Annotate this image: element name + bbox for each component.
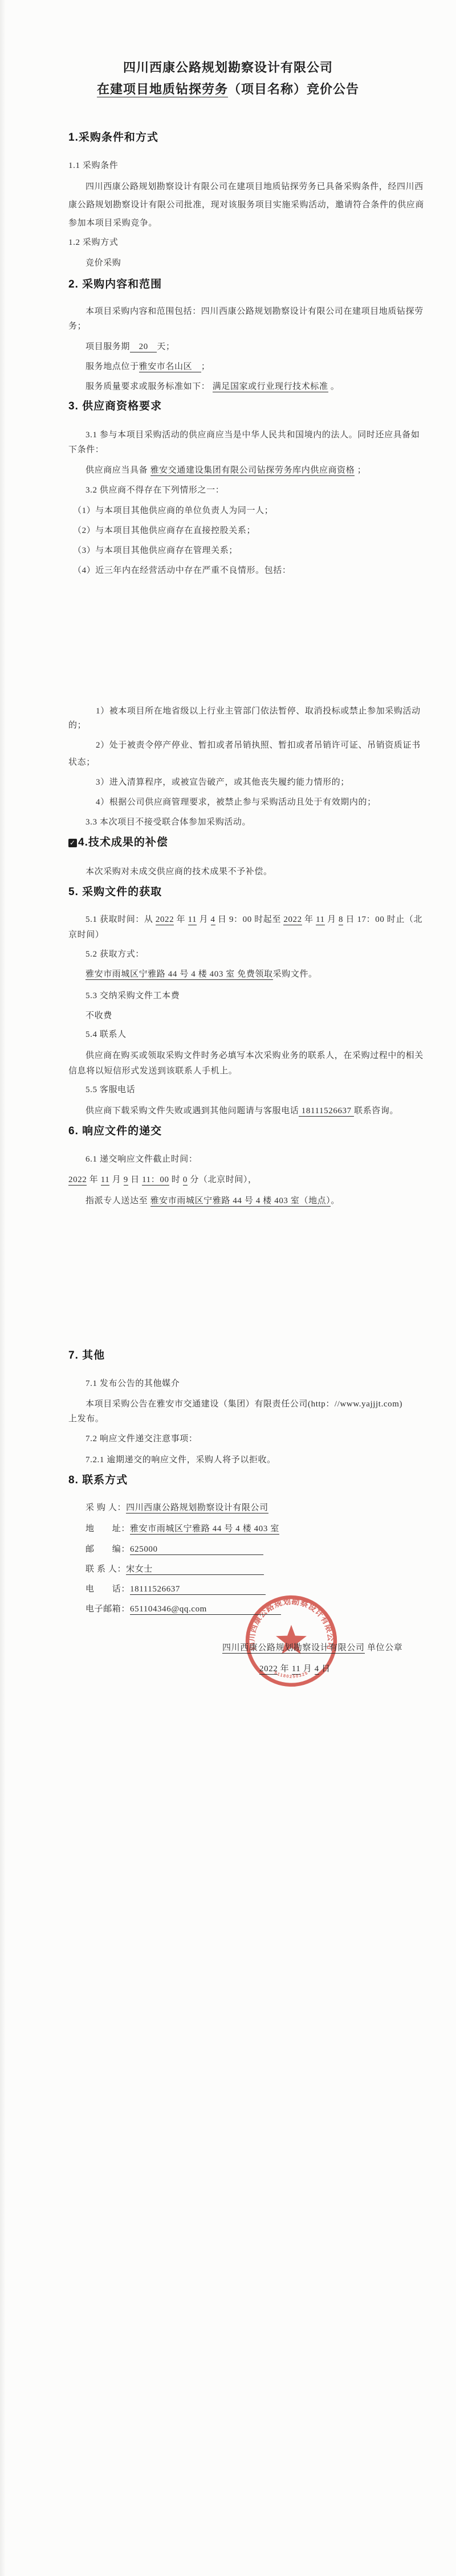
- para-5-1-line1-seg-0: 5.1 获取时间：从: [85, 915, 156, 924]
- contact-purchaser-seg-1: 四川西康公路规划勘察设计有限公司: [126, 1503, 268, 1513]
- para-5-4: 5.4 联系人: [85, 1029, 127, 1040]
- contact-phone-seg-1: 18111526637: [130, 1585, 266, 1595]
- para-6-1-seg-0: 6.1 递交响应文件截止时间：: [85, 1155, 198, 1164]
- service-period-seg-1: 20: [130, 342, 157, 352]
- section-heading-7: 7. 其他: [68, 1349, 105, 1363]
- signature-company: 四川西康公路规划勘察设计有限公司 单位公章: [222, 1642, 402, 1654]
- contact-person-seg-0: 联 系 人：: [85, 1565, 126, 1574]
- para-5-4-seg-0: 5.4 联系人: [85, 1030, 127, 1039]
- para-5-1-line1-seg-2: 年: [174, 915, 188, 924]
- contact-person-seg-1: 宋女士: [126, 1565, 264, 1575]
- subitem-3-seg-0: 3）进入清算程序，或被宣告破产，或其他丧失履约能力情形的；: [96, 778, 349, 787]
- para-5-5-line1-seg-0: 供应商下载采购文件失败或遇到其他问题请与客服电话: [85, 1106, 299, 1115]
- item-3-2-1: （1）与本项目其他供应商的单位负责人为同一人；: [73, 505, 273, 516]
- supplier-qualification-seg-2: ；: [355, 466, 366, 475]
- document-title-line2-seg-0: 在建项目地质钻探劳务: [97, 82, 228, 97]
- pickup-location: 雅安市雨城区宁雅路 44 号 4 楼 403 室 免费领取采购文件。: [85, 969, 317, 980]
- item-3-2-3-seg-0: （3）与本项目其他供应商存在管理关系；: [73, 546, 238, 555]
- para-2-line1-seg-0: 本项目采购内容和范围包括：四川西康公路规划勘察设计有限公司在建项目地质钻探劳: [85, 307, 424, 316]
- service-quality: 服务质量要求或服务标准如下： 满足国家或行业现行技术标准 。: [85, 381, 340, 392]
- subsection-1-1: 1.1 采购条件: [68, 160, 118, 171]
- subitem-2-line1-seg-0: 2）处于被责令停产停业、暂扣或者吊销执照、暂扣或者吊销许可证、吊销资质证书: [96, 741, 421, 750]
- submission-deadline-seg-4: 9: [124, 1175, 128, 1186]
- contact-email: 电子邮箱：651104346@qq.com: [85, 1603, 281, 1615]
- section-heading-4: ✓4.技术成果的补偿: [68, 836, 168, 850]
- section-heading-3-seg-0: 3. 供应商资格要求: [68, 400, 162, 412]
- para-5-1-line1-seg-8: 年: [302, 915, 316, 924]
- section-heading-5: 5. 采购文件的获取: [68, 885, 162, 899]
- section-heading-4-seg-0: 4.技术成果的补偿: [78, 836, 168, 848]
- signature-company-seg-1: 单位公章: [365, 1643, 403, 1652]
- contact-postcode: 邮 编：625000: [85, 1544, 263, 1555]
- para-5-5-line1-seg-1: 18111526637: [299, 1106, 354, 1117]
- contact-phone-seg-0: 电 话：: [85, 1585, 130, 1594]
- para-1-1-line1: 四川西康公路规划勘察设计有限公司在建项目地质钻探劳务已具备采购条件，经四川西: [85, 181, 424, 192]
- section-heading-6-seg-0: 6. 响应文件的递交: [68, 1125, 162, 1137]
- delivery-location: 指派专人送达至 雅安市雨城区宁雅路 44 号 4 楼 403 室（地点）。: [85, 1195, 340, 1207]
- item-3-2-4: （4）近三年内在经营活动中存在严重不良情形。包括：: [73, 565, 291, 576]
- supplier-qualification-seg-1: 雅安交通建设集团有限公司钻探劳务库内供应商资格: [150, 466, 355, 476]
- para-5-1-line1-seg-3: 11: [188, 915, 197, 925]
- para-5-4-line2-seg-0: 信息将以短信形式发送到该联系人手机上。: [68, 1067, 237, 1076]
- para-5-1-line1-seg-1: 2022: [156, 915, 174, 925]
- section-heading-3: 3. 供应商资格要求: [68, 400, 162, 413]
- para-2-line1: 本项目采购内容和范围包括：四川西康公路规划勘察设计有限公司在建项目地质钻探劳: [85, 306, 424, 317]
- item-3-2-1-seg-0: （1）与本项目其他供应商的单位负责人为同一人；: [73, 506, 273, 515]
- para-5-1-line2-seg-0: 京时间）: [68, 930, 104, 940]
- contact-postcode-seg-0: 邮 编：: [85, 1545, 130, 1554]
- item-3-2-2: （2）与本项目其他供应商存在直接控股关系；: [73, 525, 255, 536]
- service-location-seg-1: 雅安市名山区: [139, 362, 201, 372]
- signature-company-seg-0: 四川西康公路规划勘察设计有限公司: [222, 1643, 365, 1654]
- para-3-3: 3.3 本次项目不接受联合体参加采购活动。: [85, 817, 251, 828]
- section-heading-2: 2. 采购内容和范围: [68, 278, 162, 292]
- para-7-1-seg-0: 7.1 发布公告的其他媒介: [85, 1379, 180, 1388]
- contact-email-seg-0: 电子邮箱：: [85, 1605, 130, 1614]
- para-7-1-line1: 本项目采购公告在雅安市交通建设（集团）有限责任公司(http：//www.yaj…: [85, 1398, 402, 1410]
- delivery-location-seg-1: 雅安市雨城区宁雅路 44 号 4 楼 403 室（地点）: [150, 1196, 331, 1207]
- para-7-2-1: 7.2.1 逾期递交的响应文件，采购人将予以拒收。: [85, 1454, 276, 1466]
- para-7-1-line2: 上发布。: [68, 1413, 104, 1425]
- para-5-1-line1-seg-9: 11: [316, 915, 325, 925]
- signature-date-seg-2: 11: [292, 1664, 301, 1675]
- para-2-line2-seg-0: 务；: [68, 322, 86, 331]
- submission-deadline: 2022 年 11 月 9 日 11：00 时 0 分（北京时间），: [68, 1174, 257, 1186]
- item-3-2-3: （3）与本项目其他供应商存在管理关系；: [73, 545, 238, 556]
- para-5-1-line1-seg-12: 日 17：00 时止（北: [343, 915, 422, 924]
- contact-postcode-seg-1: 625000: [130, 1545, 263, 1555]
- document-page: 四川西康公路规划勘察设计有限公司 51180250325 四川西康公路规划勘察设…: [0, 0, 456, 2576]
- subitem-4: 4）根据公司供应商管理要求，被禁止参与采购活动且处于有效期内的；: [96, 797, 376, 808]
- submission-deadline-seg-0: 2022: [68, 1175, 87, 1186]
- subitem-1-line1-seg-0: 1）被本项目所在地省级以上行业主管部门依法暂停、取消投标或禁止参加采购活动: [96, 707, 421, 716]
- delivery-location-seg-2: 。: [331, 1196, 340, 1205]
- para-3-1-line1: 3.1 参与本项目采购活动的供应商应当是中华人民共和国境内的法人。同时还应具备如: [85, 429, 420, 441]
- service-quality-seg-0: 服务质量要求或服务标准如下：: [85, 382, 213, 391]
- para-5-4-line2: 信息将以短信形式发送到该联系人手机上。: [68, 1065, 237, 1077]
- service-quality-seg-1: 满足国家或行业现行技术标准: [213, 382, 328, 392]
- item-3-2-4-seg-0: （4）近三年内在经营活动中存在严重不良情形。包括：: [73, 566, 291, 575]
- para-2-line2: 务；: [68, 321, 86, 332]
- para-5-1-line1-seg-7: 2022: [283, 915, 302, 925]
- para-5-1-line1-seg-4: 月: [197, 915, 210, 924]
- subsection-1-2: 1.2 采购方式: [68, 237, 118, 248]
- para-5-5-line1: 供应商下载采购文件失败或遇到其他问题请与客服电话 18111526637 联系咨…: [85, 1105, 398, 1117]
- para-1-1-line3-seg-0: 参加本项目采购竞争。: [68, 219, 157, 228]
- submission-deadline-seg-5: 日: [128, 1175, 142, 1184]
- document-title-line1: 四川西康公路规划勘察设计有限公司: [0, 59, 456, 76]
- para-1-1-line2: 康公路规划勘察设计有限公司批准，现对该服务项目实施采购活动，邀请符合条件的供应商: [68, 199, 424, 211]
- document-title-line2-seg-1: （项目名称）竞价公告: [228, 82, 359, 96]
- para-3-1-line2-seg-0: 下条件：: [68, 445, 104, 454]
- subsection-1-2-seg-0: 1.2 采购方式: [68, 238, 118, 247]
- contact-person: 联 系 人：宋女士: [85, 1564, 264, 1575]
- para-4: 本次采购对未成交供应商的技术成果不予补偿。: [85, 866, 272, 877]
- section-heading-8: 8. 联系方式: [68, 1474, 128, 1487]
- subsection-1-1-seg-0: 1.1 采购条件: [68, 161, 118, 170]
- section-heading-7-seg-0: 7. 其他: [68, 1349, 105, 1361]
- signature-date-seg-5: 日: [319, 1664, 331, 1673]
- contact-address: 地 址：雅安市雨城区宁雅路 44 号 4 楼 403 室: [85, 1523, 279, 1535]
- para-5-4-line1: 供应商在购买或领取采购文件时务必填写本次采购业务的联系人，在采购过程中的相关: [85, 1050, 424, 1061]
- service-location-seg-0: 服务地点位于: [85, 362, 139, 371]
- service-location-seg-2: ；: [201, 362, 210, 371]
- contact-address-seg-1: 雅安市雨城区宁雅路 44 号 4 楼 403 室: [130, 1524, 279, 1535]
- signature-date: 2022 年 11 月 4 日: [259, 1663, 331, 1675]
- supplier-qualification: 供应商应当具备 雅安交通建设集团有限公司钻探劳务库内供应商资格 ；: [85, 465, 366, 476]
- contact-address-seg-0: 地 址：: [85, 1524, 130, 1533]
- para-5-4-line1-seg-0: 供应商在购买或领取采购文件时务必填写本次采购业务的联系人，在采购过程中的相关: [85, 1051, 424, 1060]
- contact-purchaser-seg-0: 采 购 人：: [85, 1503, 126, 1512]
- para-6-1: 6.1 递交响应文件截止时间：: [85, 1154, 198, 1165]
- para-5-3-seg-0: 5.3 交纳采购文件工本费: [85, 991, 180, 1000]
- submission-deadline-seg-8: 0: [183, 1175, 188, 1186]
- para-5-2-seg-0: 5.2 获取方式：: [85, 950, 144, 959]
- contact-purchaser: 采 购 人：四川西康公路规划勘察设计有限公司: [85, 1502, 268, 1513]
- para-7-2: 7.2 响应文件递交注意事项：: [85, 1433, 198, 1445]
- para-5-1-line1-seg-5: 4: [211, 915, 215, 925]
- section-heading-1: 1.采购条件和方式: [68, 131, 158, 145]
- signature-date-seg-3: 月: [300, 1664, 314, 1673]
- submission-deadline-seg-9: 分（北京时间），: [188, 1175, 257, 1184]
- procurement-method-seg-0: 竞价采购: [85, 259, 121, 268]
- service-period: 项目服务期 20 天；: [85, 341, 175, 352]
- section-heading-8-seg-0: 8. 联系方式: [68, 1474, 128, 1486]
- para-7-1-line2-seg-0: 上发布。: [68, 1414, 104, 1424]
- document-title-line1-seg-0: 四川西康公路规划勘察设计有限公司: [123, 60, 333, 75]
- section-heading-5-seg-0: 5. 采购文件的获取: [68, 886, 162, 898]
- submission-deadline-seg-2: 11: [101, 1175, 110, 1186]
- para-7-2-1-seg-0: 7.2.1 逾期递交的响应文件，采购人将予以拒收。: [85, 1455, 276, 1465]
- para-7-1-line1-seg-0: 本项目采购公告在雅安市交通建设（集团）有限责任公司(http：//www.yaj…: [85, 1400, 402, 1409]
- para-5-1-line1-seg-6: 日 9：00 时起至: [215, 915, 284, 924]
- section-heading-6: 6. 响应文件的递交: [68, 1125, 162, 1138]
- submission-deadline-seg-1: 年: [87, 1175, 100, 1184]
- subitem-4-seg-0: 4）根据公司供应商管理要求，被禁止参与采购活动且处于有效期内的；: [96, 798, 376, 807]
- para-5-1-line1: 5.1 获取时间：从 2022 年 11 月 4 日 9：00 时起至 2022…: [85, 914, 422, 925]
- para-7-1: 7.1 发布公告的其他媒介: [85, 1378, 180, 1389]
- pickup-location-seg-0: 雅安市雨城区宁雅路 44 号 4 楼 403 室 免费领取: [85, 970, 273, 980]
- subitem-3: 3）进入清算程序，或被宣告破产，或其他丧失履约能力情形的；: [96, 777, 349, 788]
- fee-value-seg-0: 不收费: [85, 1011, 112, 1020]
- signature-date-seg-1: 年: [278, 1664, 291, 1673]
- para-5-1-line1-seg-10: 月: [325, 915, 339, 924]
- section-heading-1-seg-0: 1.采购条件和方式: [68, 132, 158, 143]
- subitem-2-line2-seg-0: 状态；: [68, 758, 95, 767]
- signature-date-seg-4: 4: [315, 1664, 319, 1675]
- subitem-1-line2: 的；: [68, 720, 86, 731]
- para-3-1-line2: 下条件：: [68, 444, 104, 456]
- submission-deadline-seg-6: 11：00: [142, 1175, 169, 1186]
- contact-email-seg-1: 651104346@qq.com: [130, 1605, 281, 1615]
- submission-deadline-seg-7: 时: [169, 1175, 183, 1184]
- para-5-2: 5.2 获取方式：: [85, 949, 144, 960]
- item-3-2-2-seg-0: （2）与本项目其他供应商存在直接控股关系；: [73, 526, 255, 535]
- section-heading-2-seg-0: 2. 采购内容和范围: [68, 278, 162, 290]
- supplier-qualification-seg-0: 供应商应当具备: [85, 466, 150, 475]
- para-5-1-line2: 京时间）: [68, 929, 104, 941]
- para-1-1-line3: 参加本项目采购竞争。: [68, 218, 157, 229]
- para-5-1-line1-seg-11: 8: [339, 915, 343, 925]
- para-1-1-line2-seg-0: 康公路规划勘察设计有限公司批准，现对该服务项目实施采购活动，邀请符合条件的供应商: [68, 200, 424, 210]
- delivery-location-seg-0: 指派专人送达至: [85, 1196, 150, 1205]
- subitem-1-line2-seg-0: 的；: [68, 721, 86, 730]
- subitem-2-line2: 状态；: [68, 757, 95, 768]
- para-7-2-seg-0: 7.2 响应文件递交注意事项：: [85, 1434, 198, 1443]
- para-3-3-seg-0: 3.3 本次项目不接受联合体参加采购活动。: [85, 818, 251, 827]
- document-title-line2: 在建项目地质钻探劳务（项目名称）竞价公告: [0, 81, 456, 98]
- fee-value: 不收费: [85, 1010, 112, 1022]
- para-3-2: 3.2 供应商不得存在下列情形之一：: [85, 485, 224, 496]
- signature-date-seg-0: 2022: [259, 1664, 278, 1675]
- service-quality-seg-2: 。: [328, 382, 340, 391]
- service-period-seg-2: 天；: [157, 342, 174, 351]
- para-4-seg-0: 本次采购对未成交供应商的技术成果不予补偿。: [85, 867, 272, 876]
- procurement-method: 竞价采购: [85, 257, 121, 269]
- para-3-2-seg-0: 3.2 供应商不得存在下列情形之一：: [85, 486, 224, 495]
- contact-phone: 电 话：18111526637: [85, 1584, 266, 1595]
- para-5-3: 5.3 交纳采购文件工本费: [85, 990, 180, 1002]
- para-3-1-line1-seg-0: 3.1 参与本项目采购活动的供应商应当是中华人民共和国境内的法人。同时还应具备如: [85, 430, 420, 440]
- submission-deadline-seg-3: 月: [109, 1175, 123, 1184]
- service-location: 服务地点位于雅安市名山区 ；: [85, 361, 210, 372]
- para-1-1-line1-seg-0: 四川西康公路规划勘察设计有限公司在建项目地质钻探劳务已具备采购条件，经四川西: [85, 182, 424, 191]
- checked-checkbox-icon: ✓: [68, 839, 77, 847]
- subitem-2-line1: 2）处于被责令停产停业、暂扣或者吊销执照、暂扣或者吊销许可证、吊销资质证书: [96, 740, 421, 751]
- para-5-5-seg-0: 5.5 客服电话: [85, 1085, 135, 1094]
- para-5-5: 5.5 客服电话: [85, 1084, 135, 1096]
- service-period-seg-0: 项目服务期: [85, 342, 130, 351]
- para-5-5-line1-seg-2: 联系咨询。: [354, 1106, 398, 1115]
- subitem-1-line1: 1）被本项目所在地省级以上行业主管部门依法暂停、取消投标或禁止参加采购活动: [96, 705, 421, 717]
- pickup-location-seg-1: 采购文件。: [273, 970, 317, 979]
